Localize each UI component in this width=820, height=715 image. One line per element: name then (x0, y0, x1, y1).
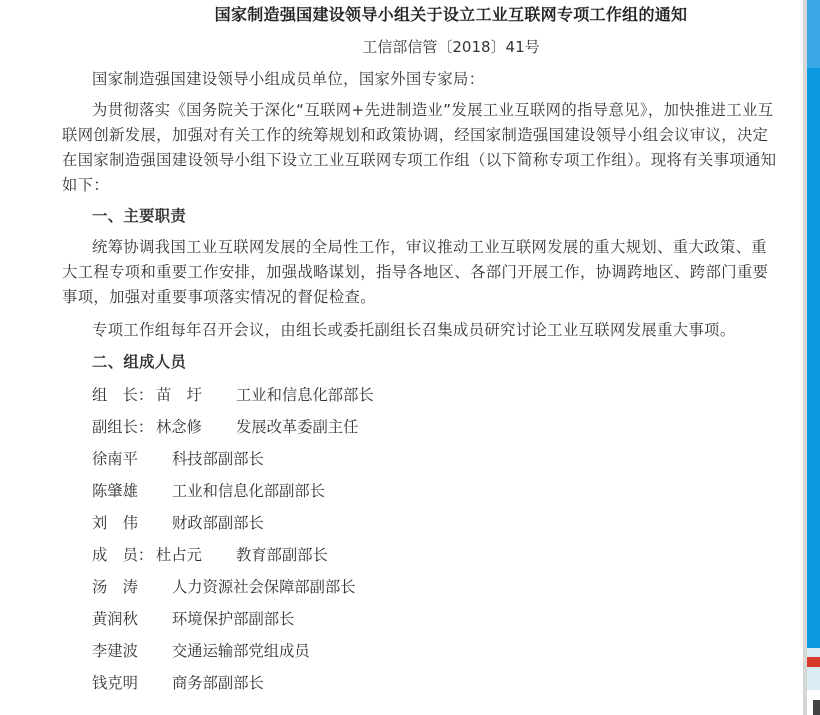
document-page: 国家制造强国建设领导小组关于设立工业互联网专项工作组的通知 工信部信管〔2018… (62, 0, 780, 699)
member-name: 苗 圩 (156, 379, 236, 411)
side-panel-footer-block (813, 700, 820, 715)
member-position: 财政部副部长 (172, 507, 264, 539)
member-position: 交通运输部党组成员 (172, 635, 310, 667)
member-row: 黄润秋 环境保护部副部长 (62, 603, 780, 635)
member-name: 杜占元 (156, 539, 236, 571)
member-name: 钱克明 (92, 667, 172, 699)
member-row: 汤 涛 人力资源社会保障部副部长 (62, 571, 780, 603)
intro-paragraph: 为贯彻落实《国务院关于深化“互联网+先进制造业”发展工业互联网的指导意见》，加快… (62, 98, 780, 198)
member-name: 刘 伟 (92, 507, 172, 539)
member-name: 李建波 (92, 635, 172, 667)
member-position: 商务部副部长 (172, 667, 264, 699)
meeting-paragraph: 专项工作组每年召开会议，由组长或委托副组长召集成员研究讨论工业互联网发展重大事项… (62, 318, 780, 343)
member-row: 组 长： 苗 圩 工业和信息化部部长 (62, 379, 780, 411)
member-row: 刘 伟 财政部副部长 (62, 507, 780, 539)
member-name: 徐南平 (92, 443, 172, 475)
side-panel-red-marker (807, 657, 820, 667)
member-position: 工业和信息化部部长 (236, 379, 374, 411)
member-position: 工业和信息化部副部长 (172, 475, 325, 507)
member-row: 李建波 交通运输部党组成员 (62, 635, 780, 667)
member-position: 人力资源社会保障部副部长 (172, 571, 356, 603)
member-row: 陈肇雄 工业和信息化部副部长 (62, 475, 780, 507)
member-name: 陈肇雄 (92, 475, 172, 507)
section-heading-duties: 一、主要职责 (62, 203, 780, 229)
member-role: 成 员： (92, 539, 156, 571)
member-position: 教育部副部长 (236, 539, 328, 571)
side-panel-scroll-thumb[interactable] (807, 68, 820, 648)
document-title: 国家制造强国建设领导小组关于设立工业互联网专项工作组的通知 (92, 0, 810, 32)
side-panel-header (807, 0, 820, 68)
member-role: 副组长： (92, 411, 156, 443)
member-name: 汤 涛 (92, 571, 172, 603)
member-row: 徐南平 科技部副部长 (62, 443, 780, 475)
member-row: 钱克明 商务部副部长 (62, 667, 780, 699)
member-list: 组 长： 苗 圩 工业和信息化部部长 副组长： 林念修 发展改革委副主任 徐南平… (62, 379, 780, 699)
member-position: 发展改革委副主任 (236, 411, 358, 443)
member-position: 科技部副部长 (172, 443, 264, 475)
member-name: 黄润秋 (92, 603, 172, 635)
document-number: 工信部信管〔2018〕41号 (92, 32, 810, 62)
salutation: 国家制造强国建设领导小组成员单位，国家外国专家局： (62, 66, 780, 92)
section-heading-members: 二、组成人员 (62, 349, 780, 375)
member-position: 环境保护部副部长 (172, 603, 294, 635)
member-role: 组 长： (92, 379, 156, 411)
duties-paragraph: 统筹协调我国工业互联网发展的全局性工作，审议推动工业互联网发展的重大规划、重大政… (62, 235, 780, 310)
member-name: 林念修 (156, 411, 236, 443)
member-row: 副组长： 林念修 发展改革委副主任 (62, 411, 780, 443)
member-row: 成 员： 杜占元 教育部副部长 (62, 539, 780, 571)
